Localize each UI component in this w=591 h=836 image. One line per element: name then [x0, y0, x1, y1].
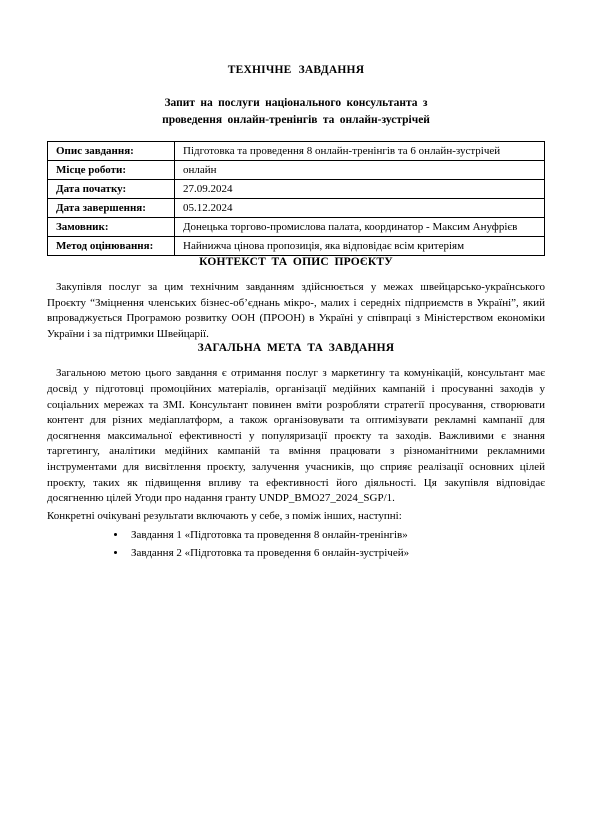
row-value: Підготовка та проведення 8 онлайн-тренін… [175, 142, 545, 161]
row-value: Найнижча цінова пропозиція, яка відповід… [175, 237, 545, 256]
row-label: Дата завершення: [48, 199, 175, 218]
table-row-task-description: Опис завдання: Підготовка та проведення … [48, 142, 545, 161]
expected-results-intro: Конкретні очікувані результати включають… [47, 509, 545, 525]
row-label: Метод оцінювання: [48, 237, 175, 256]
row-label: Дата початку: [48, 180, 175, 199]
row-label: Опис завдання: [48, 142, 175, 161]
row-label: Місце роботи: [48, 161, 175, 180]
row-value: Донецька торгово-промислова палата, коор… [175, 218, 545, 237]
document-subtitle-line1: Запит на послуги національного консульта… [47, 95, 545, 112]
row-value: 05.12.2024 [175, 199, 545, 218]
document-subtitle: Запит на послуги національного консульта… [47, 95, 545, 128]
task-list: Завдання 1 «Підготовка та проведення 8 о… [47, 527, 545, 562]
goal-paragraph: Загальною метою цього завдання є отриман… [47, 366, 545, 506]
task-info-table: Опис завдання: Підготовка та проведення … [47, 141, 545, 256]
document-page: ТЕХНІЧНЕ ЗАВДАННЯ Запит на послуги націо… [0, 0, 591, 836]
document-subtitle-line2: проведення онлайн-тренінгів та онлайн-зу… [47, 112, 545, 129]
list-item-task-2: Завдання 2 «Підготовка та проведення 6 о… [127, 545, 545, 563]
row-label: Замовник: [48, 218, 175, 237]
table-row-customer: Замовник: Донецька торгово-промислова па… [48, 218, 545, 237]
list-item-task-1: Завдання 1 «Підготовка та проведення 8 о… [127, 527, 545, 545]
section-heading-context: КОНТЕКСТ ТА ОПИС ПРОЄКТУ [47, 256, 545, 268]
row-value: онлайн [175, 161, 545, 180]
table-row-work-location: Місце роботи: онлайн [48, 161, 545, 180]
table-row-start-date: Дата початку: 27.09.2024 [48, 180, 545, 199]
table-row-end-date: Дата завершення: 05.12.2024 [48, 199, 545, 218]
table-row-evaluation-method: Метод оцінювання: Найнижча цінова пропоз… [48, 237, 545, 256]
section-heading-goal: ЗАГАЛЬНА МЕТА ТА ЗАВДАННЯ [47, 342, 545, 354]
context-paragraph: Закупівля послуг за цим технічним завдан… [47, 280, 545, 342]
document-title: ТЕХНІЧНЕ ЗАВДАННЯ [47, 64, 545, 76]
row-value: 27.09.2024 [175, 180, 545, 199]
